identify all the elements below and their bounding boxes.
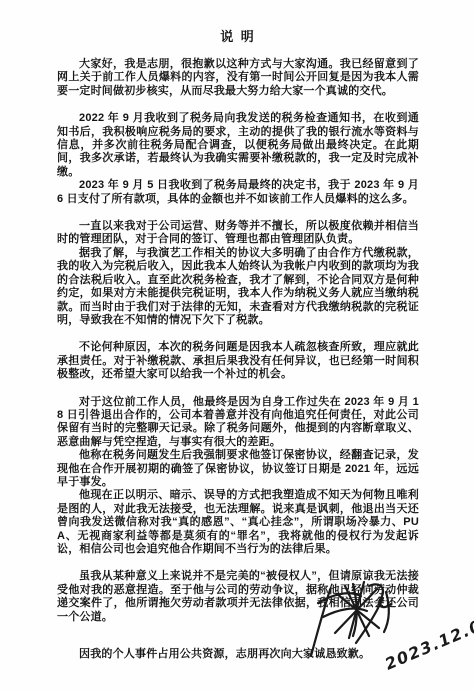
document-title: 说 明 <box>57 26 419 45</box>
paragraph-management-team: 一直以来我对于公司运营、财务等并不擅长，所以极度依赖并相信当时的管理团队，对于合… <box>57 220 419 247</box>
paragraph-tax-agreements: 据我了解，与我演艺工作相关的协议大多明确了由合作方代缴税款，我的收入为完税后收入… <box>57 247 419 327</box>
signature-date: 2023.12.02 <box>382 611 474 674</box>
paragraph-payment-2023: 2023 年 9 月 5 日我收到了税务局最终的决定书，我于 2023 年 9 … <box>57 179 419 206</box>
paragraph-former-employee: 对于这位前工作人员，他最终是因为自身工作过失在 2023 年 9 月 18 日引… <box>57 396 419 450</box>
paragraph-tax-notice-2022: 2022 年 9 月我收到了税务局向我发送的税务检查通知书，在收到通知书后，我积… <box>57 112 419 179</box>
signature-block: 2023.12.02 <box>298 576 474 688</box>
document-body: 说 明 大家好，我是志朋，很抱歉以这种方式与大家沟通。我已经留意到了网上关于前工… <box>57 26 419 661</box>
paragraph-nda: 他称在税务问题发生后我强制要求他签订保密协议，经翻查记录，发现他在合作开展初期的… <box>57 449 419 489</box>
statement-document-page: 说 明 大家好，我是志朋，很抱歉以这种方式与大家沟通。我已经留意到了网上关于前工… <box>0 0 474 690</box>
paragraph-greeting: 大家好，我是志朋，很抱歉以这种方式与大家沟通。我已经留意到了网上关于前工作人员爆… <box>57 58 419 98</box>
paragraph-accusations: 他现在正以明示、暗示、误导的方式把我塑造成不知天为何物且唯利是图的人，对此我无法… <box>57 489 419 556</box>
signature-scribble <box>311 582 391 656</box>
paragraph-responsibility: 不论何种原因，本次的税务问题是因我本人疏忽核查所致，理应就此承担责任。对于补缴税… <box>57 341 419 381</box>
